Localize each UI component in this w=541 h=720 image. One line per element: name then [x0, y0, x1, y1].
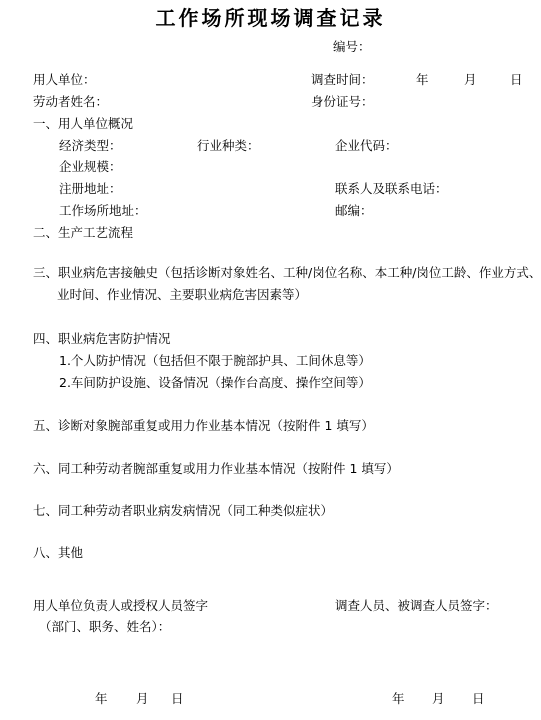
enterprise-code-label: 企业代码：	[335, 138, 398, 153]
right-date-year-label: 年	[392, 691, 405, 706]
section6-heading: 六、同工种劳动者腕部重复或用力作业基本情况（按附件 1 填写）	[33, 461, 399, 476]
right-date-month-label: 月	[432, 691, 445, 706]
left-date-day-label: 日	[171, 691, 184, 706]
section4-item1: 1.个人防护情况（包括但不限于腕部护具、工间休息等）	[59, 353, 371, 368]
section4-heading: 四、职业病危害防护情况	[33, 331, 171, 346]
industry-type-label: 行业种类：	[197, 138, 260, 153]
section4-item2: 2.车间防护设施、设备情况（操作台高度、操作空间等）	[59, 375, 371, 390]
survey-month-label: 月	[464, 72, 477, 87]
section2-heading: 二、生产工艺流程	[33, 225, 133, 240]
worker-name-label: 劳动者姓名：	[33, 94, 108, 109]
survey-day-label: 日	[510, 72, 523, 87]
survey-time-label: 调查时间：	[311, 72, 374, 87]
employer-sign-sub-label: （部门、职务、姓名）：	[39, 619, 170, 634]
section3-heading: 三、职业病危害接触史（包括诊断对象姓名、工种/岗位名称、本工种/岗位工龄、作业方…	[33, 262, 541, 306]
investigator-sign-label: 调查人员、被调查人员签字：	[335, 598, 498, 613]
enterprise-scale-label: 企业规模：	[59, 159, 122, 174]
document-page: 工作场所现场调查记录 编号： 用人单位： 调查时间： 年 月 日 劳动者姓名： …	[0, 0, 541, 720]
workplace-address-label: 工作场所地址：	[59, 203, 147, 218]
contact-label: 联系人及联系电话：	[335, 181, 448, 196]
registered-address-label: 注册地址：	[59, 181, 122, 196]
economic-type-label: 经济类型：	[59, 138, 122, 153]
left-date-year-label: 年	[95, 691, 108, 706]
left-date-month-label: 月	[136, 691, 149, 706]
employer-label: 用人单位：	[33, 72, 96, 87]
right-date-day-label: 日	[472, 691, 485, 706]
document-title: 工作场所现场调查记录	[0, 2, 541, 31]
number-label: 编号：	[333, 39, 371, 54]
section1-heading: 一、用人单位概况	[33, 116, 133, 131]
section8-heading: 八、其他	[33, 545, 83, 560]
survey-year-label: 年	[416, 72, 429, 87]
section7-heading: 七、同工种劳动者职业病发病情况（同工种类似症状）	[33, 503, 333, 518]
id-number-label: 身份证号：	[311, 94, 374, 109]
postal-code-label: 邮编：	[335, 203, 373, 218]
section5-heading: 五、诊断对象腕部重复或用力作业基本情况（按附件 1 填写）	[33, 418, 374, 433]
employer-sign-label: 用人单位负责人或授权人员签字	[33, 598, 208, 613]
